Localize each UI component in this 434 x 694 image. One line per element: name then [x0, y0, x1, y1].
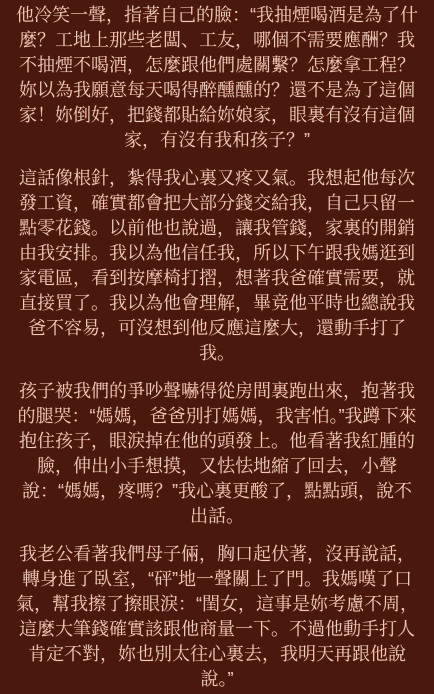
novel-paragraph: 孩子被我們的爭吵聲嚇得從房間裏跑出來，抱著我的腿哭：“媽媽，爸爸別打媽媽，我害怕… — [16, 379, 418, 529]
reader-page[interactable]: 他冷笑一聲，指著自己的臉：“我抽煙喝酒是為了什麼？工地上那些老闆、工友，哪個不需… — [0, 0, 434, 694]
novel-paragraph: 我老公看著我們母子倆，胸口起伏著，沒再說話，轉身進了臥室，“砰”地一聲關上了門。… — [16, 542, 418, 692]
novel-paragraph: 他冷笑一聲，指著自己的臉：“我抽煙喝酒是為了什麼？工地上那些老闆、工友，哪個不需… — [16, 3, 418, 153]
novel-paragraph: 這話像根針，紮得我心裏又疼又氣。我想起他每次發工資，確實都會把大部分錢交給我，自… — [16, 166, 418, 366]
